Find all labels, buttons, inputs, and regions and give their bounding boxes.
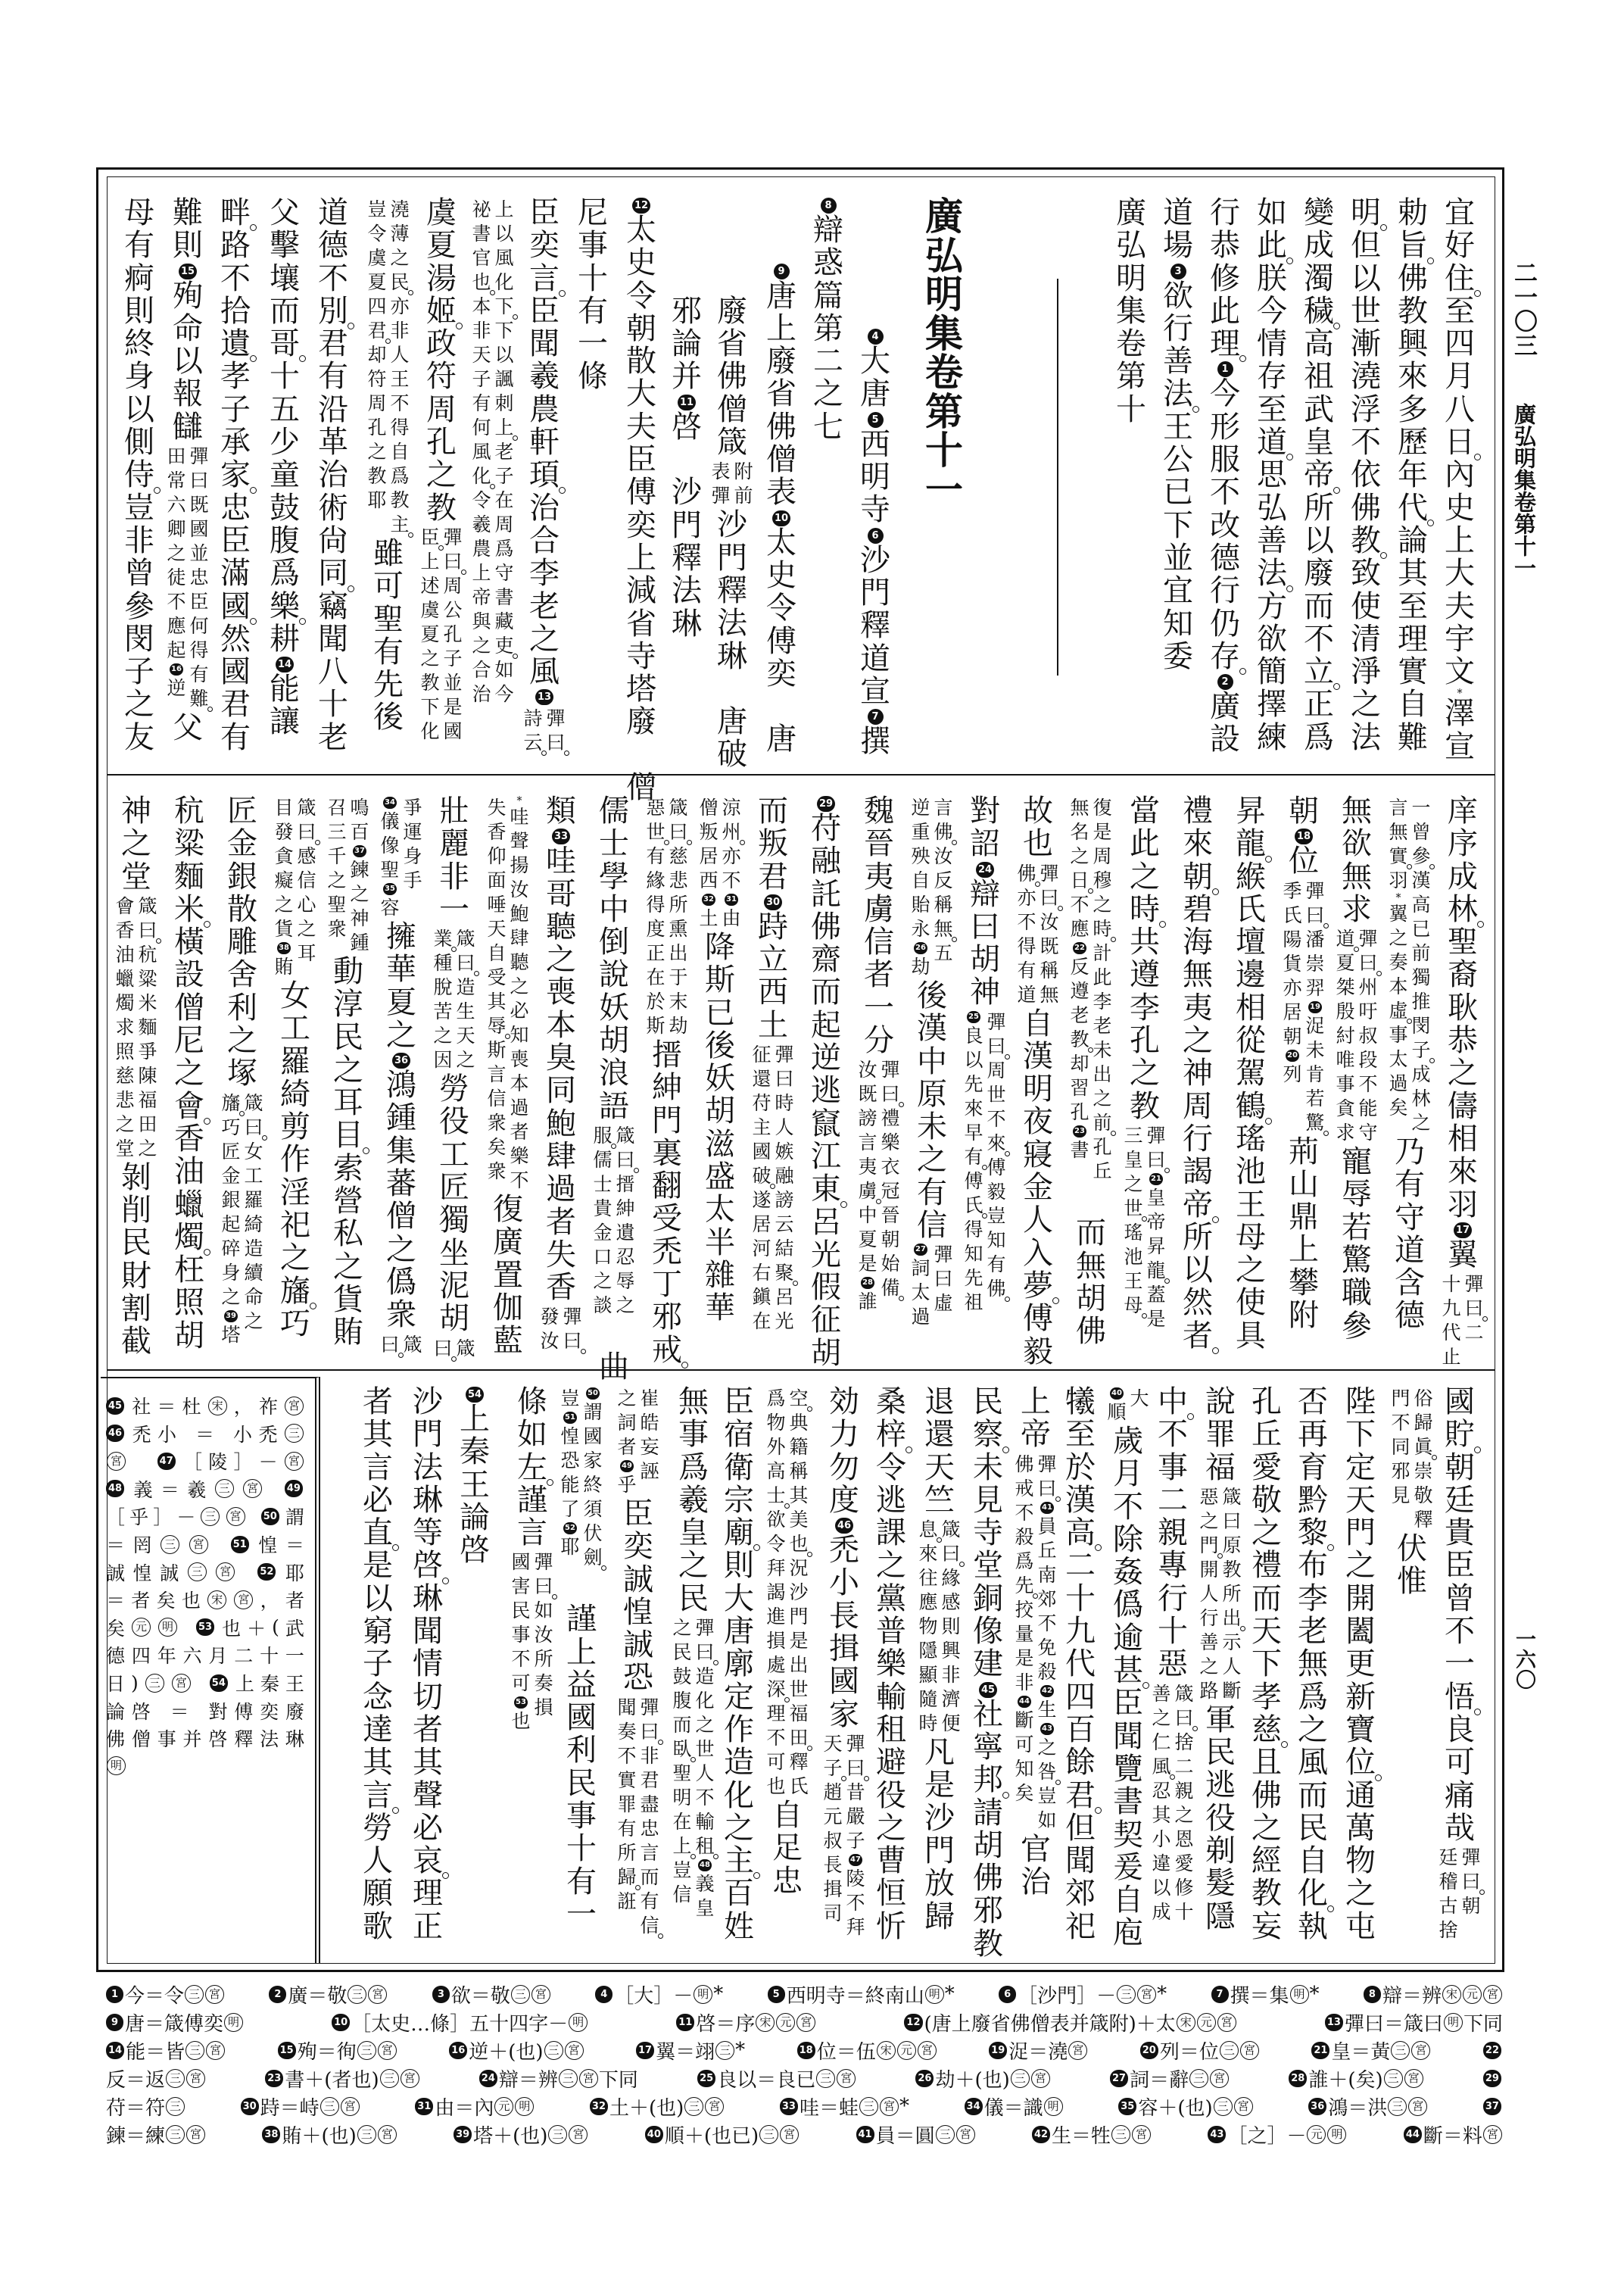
footnote-item: 9唐＝箴傅奕明	[106, 2008, 244, 2036]
footnote-text: 鴻＝洪	[1328, 2093, 1387, 2121]
edition-siglum: 三	[166, 2125, 185, 2144]
note-marker: 2	[269, 1986, 286, 2003]
footnote-text: *	[735, 2039, 745, 2061]
footnote-item: 7撰＝集明*	[1211, 1980, 1320, 2008]
note-marker: 43	[1208, 2126, 1226, 2143]
note-marker: 41	[856, 2126, 874, 2143]
edition-siglum: 三	[1214, 2097, 1233, 2116]
footnote-item: 23書＋(者也)三宮	[265, 2064, 419, 2093]
note-marker: 31	[415, 2098, 433, 2115]
footnote-text: 能＝皆	[126, 2036, 185, 2064]
edition-siglum: 三	[859, 2097, 878, 2116]
footnote-text: ［之］－	[1227, 2121, 1306, 2149]
footnote-item: 10［太史…條］五十四字－明	[332, 2008, 588, 2036]
footnote-line: 苻＝符三30跱＝峙三宮31由＝內元明32土＋(也)三宮33哇＝蛙三宮*34儀＝識…	[106, 2093, 1503, 2120]
note-marker: 26	[915, 2070, 934, 2087]
note-marker: 21	[1311, 2042, 1329, 2059]
footnote-item: 17翼＝翊三*	[636, 2036, 745, 2064]
footnote-line: 反＝返三宮23書＋(者也)三宮24辯＝辨三宮下同25良以＝良已三宮26劫＋(也)…	[106, 2064, 1503, 2092]
edition-siglum: 宮	[1404, 2069, 1423, 2088]
footnote-text: 列＝位	[1160, 2036, 1219, 2064]
edition-siglum: 宮	[1240, 2041, 1259, 2060]
footnote-text: 殉＝徇	[298, 2036, 357, 2064]
footnote-item: 22	[1483, 2042, 1503, 2059]
note-marker: 44	[1404, 2126, 1422, 2143]
note-marker: 28	[1289, 2070, 1307, 2087]
edition-siglum: 宮	[956, 2125, 975, 2144]
footnote-text: ［大］－	[614, 1980, 693, 2008]
note-marker: 30	[241, 2098, 259, 2115]
edition-siglum: 宮	[378, 2125, 397, 2144]
footnote-text: 欲＝敬	[451, 1980, 510, 2008]
note-marker: 11	[676, 2014, 694, 2031]
footnote-text: 浞＝澆	[1008, 2036, 1068, 2064]
edition-siglum: 明	[515, 2097, 534, 2116]
footnote-item: 4［大］－明*	[595, 1980, 723, 2008]
edition-siglum: 明	[694, 1985, 712, 2004]
footnote-text: ［沙門］－	[1018, 1980, 1116, 2008]
edition-siglum: 明	[1290, 1985, 1309, 2004]
note-marker: 34	[965, 2098, 983, 2115]
note-marker: 13	[1325, 2014, 1343, 2031]
note-marker: 38	[262, 2126, 280, 2143]
footnote-text: *	[713, 1983, 723, 2005]
footnote-text: *	[899, 2095, 909, 2118]
footnote-item: 35容＋(也)三宮	[1118, 2093, 1253, 2121]
footnote-item: 18位＝伍宋元宮	[797, 2036, 937, 2064]
edition-siglum: 宋	[756, 2013, 775, 2032]
edition-siglum: 三	[357, 2125, 376, 2144]
footnote-text: 誰＋(矣)	[1308, 2064, 1382, 2093]
footnote-text: *	[945, 1983, 955, 2005]
edition-siglum: 三	[759, 2125, 778, 2144]
footnote-text: 鍊＝練	[106, 2121, 165, 2149]
footnote-item: 25良以＝良已三宮	[697, 2064, 856, 2093]
footnote-text: 下同	[1463, 2008, 1503, 2036]
edition-siglum: 三	[166, 2069, 185, 2088]
edition-siglum: 宮	[1068, 2041, 1087, 2060]
footnote-text: 儀＝識	[984, 2093, 1043, 2121]
edition-siglum: 宮	[205, 1985, 224, 2004]
edition-siglum: 三	[1111, 2125, 1130, 2144]
footnote-item: 34儀＝識明	[965, 2093, 1064, 2121]
edition-siglum: 三	[1011, 2069, 1030, 2088]
footnote-item: 29	[1483, 2070, 1503, 2087]
edition-siglum: 三	[185, 1985, 204, 2004]
edition-siglum: 三	[1391, 2041, 1410, 2060]
footnote-item: 44斷＝料宮	[1404, 2121, 1503, 2149]
footnote-item: 24辯＝辨三宮下同	[479, 2064, 638, 2093]
edition-siglum: 三	[559, 2069, 578, 2088]
edition-siglum: 三	[936, 2125, 955, 2144]
note-marker: 33	[780, 2098, 798, 2115]
edition-siglum: 宮	[1483, 1985, 1502, 2004]
note-marker: 5	[768, 1986, 785, 2003]
note-marker: 37	[1483, 2098, 1501, 2115]
footnote-item: 33哇＝蛙三宮*	[780, 2093, 909, 2121]
note-marker: 19	[989, 2042, 1007, 2059]
footnote-item: 41員＝圓三宮	[856, 2121, 976, 2149]
edition-siglum: 元	[1463, 1985, 1482, 2004]
footnote-item: 39塔＋(也)三宮	[454, 2121, 588, 2149]
footnote-line: 14能＝皆三宮15殉＝徇三宮16逆＋(也)三宮17翼＝翊三*18位＝伍宋元宮19…	[106, 2036, 1503, 2064]
footnote-text: 翼＝翊	[656, 2036, 715, 2064]
edition-siglum: 宮	[1137, 1985, 1156, 2004]
edition-siglum: 宮	[1483, 2125, 1502, 2144]
edition-siglum: 三	[357, 2041, 376, 2060]
footnotes: 1今＝令三宮2廣＝敬三宮3欲＝敬三宮4［大］－明*5西明寺＝終南山明*6［沙門］…	[0, 0, 1624, 2272]
note-marker: 18	[797, 2042, 815, 2059]
edition-siglum: 三	[715, 2041, 734, 2060]
footnote-item: 15殉＝徇三宮	[278, 2036, 397, 2064]
footnote-text: 啓＝序	[696, 2008, 755, 2036]
footnote-item: 14能＝皆三宮	[106, 2036, 226, 2064]
edition-siglum: 宮	[1217, 2013, 1236, 2032]
note-marker: 36	[1308, 2098, 1326, 2115]
edition-siglum: 三	[380, 2069, 399, 2088]
footnote-text: 辯＝辨	[499, 2064, 558, 2093]
edition-siglum: 宋	[1442, 1985, 1461, 2004]
edition-siglum: 明	[1044, 2097, 1063, 2116]
edition-siglum: 三	[816, 2069, 835, 2088]
footnote-item: 3欲＝敬三宮	[432, 1980, 551, 2008]
edition-siglum: 三	[348, 1985, 366, 2004]
edition-siglum: 宮	[186, 2125, 205, 2144]
footnote-item: 16逆＋(也)三宮	[449, 2036, 584, 2064]
edition-siglum: 元	[776, 2013, 795, 2032]
edition-siglum: 宮	[880, 2097, 899, 2116]
footnote-text: 員＝圓	[876, 2121, 935, 2149]
edition-siglum: 宮	[1411, 2041, 1430, 2060]
footnote-text: 劫＋(也)	[935, 2064, 1009, 2093]
edition-siglum: 三	[548, 2125, 567, 2144]
footnote-text: 辯＝辨	[1382, 1980, 1442, 2008]
edition-siglum: 宮	[579, 2069, 598, 2088]
footnote-item: 12(唐上廢省佛僧表并箴附)＋太宋元宮	[904, 2008, 1236, 2036]
edition-siglum: 三	[320, 2097, 339, 2116]
edition-siglum: 宮	[1132, 2125, 1151, 2144]
edition-siglum: 宮	[1234, 2097, 1253, 2116]
edition-siglum: 明	[925, 1985, 944, 2004]
note-marker: 7	[1211, 1986, 1229, 2003]
footnote-text: 彈曰＝箴曰	[1345, 2008, 1443, 2036]
footnote-text: *	[1157, 1983, 1167, 2005]
edition-siglum: 明	[1444, 2013, 1463, 2032]
edition-siglum: 宮	[368, 1985, 387, 2004]
note-marker: 24	[479, 2070, 497, 2087]
edition-siglum: 三	[684, 2097, 703, 2116]
edition-siglum: 宮	[1408, 2097, 1427, 2116]
edition-siglum: 明	[224, 2013, 243, 2032]
footnote-text: 西明寺＝終南山	[787, 1980, 924, 2008]
footnote-line: 9唐＝箴傅奕明10［太史…條］五十四字－明11啓＝序宋元宮12(唐上廢省佛僧表并…	[106, 2008, 1503, 2036]
note-marker: 25	[697, 2070, 715, 2087]
footnote-item: 27詞＝辭三宮	[1110, 2064, 1230, 2093]
note-marker: 9	[106, 2014, 123, 2031]
footnote-text: 賄＋(也)	[282, 2121, 356, 2149]
note-marker: 17	[636, 2042, 654, 2059]
note-marker: 15	[278, 2042, 296, 2059]
note-marker: 40	[645, 2126, 663, 2143]
note-marker: 22	[1483, 2042, 1501, 2059]
footnote-item: 11啓＝序宋元宮	[676, 2008, 816, 2036]
footnote-item: 鍊＝練三宮	[106, 2121, 206, 2149]
footnote-text: 書＋(者也)	[285, 2064, 379, 2093]
footnote-item: 26劫＋(也)三宮	[915, 2064, 1050, 2093]
edition-siglum: 宮	[837, 2069, 856, 2088]
footnote-text: *	[1310, 1983, 1320, 2005]
note-marker: 16	[449, 2042, 467, 2059]
footnote-item: 31由＝內元明	[415, 2093, 535, 2121]
edition-siglum: 宮	[918, 2041, 937, 2060]
edition-siglum: 三	[185, 2041, 204, 2060]
footnote-item: 32土＋(也)三宮	[590, 2093, 725, 2121]
footnote-item: 6［沙門］－三宮*	[999, 1980, 1167, 2008]
edition-siglum: 三	[1388, 2097, 1407, 2116]
edition-siglum: 元	[494, 2097, 513, 2116]
edition-siglum: 宮	[565, 2041, 584, 2060]
note-marker: 6	[999, 1986, 1016, 2003]
footnote-text: 由＝內	[435, 2093, 494, 2121]
footnote-item: 1今＝令三宮	[106, 1980, 225, 2008]
note-marker: 23	[265, 2070, 283, 2087]
note-marker: 8	[1364, 1986, 1381, 2003]
edition-siglum: 宮	[705, 2097, 724, 2116]
footnote-item: 20列＝位三宮	[1140, 2036, 1260, 2064]
footnote-text: 塔＋(也)	[473, 2121, 547, 2149]
edition-siglum: 元	[1307, 2125, 1326, 2144]
footnote-text: 今＝令	[125, 1980, 184, 2008]
edition-siglum: 宮	[531, 1985, 550, 2004]
footnote-text: 苻＝符	[106, 2093, 165, 2121]
footnote-text: 撰＝集	[1230, 1980, 1289, 2008]
footnote-text: 順＋(也已)	[665, 2121, 759, 2149]
footnote-text: 斷＝料	[1423, 2121, 1482, 2149]
edition-siglum: 三	[1189, 2069, 1208, 2088]
footnote-item: 42生＝牲三宮	[1032, 2121, 1152, 2149]
footnote-item: 38賄＋(也)三宮	[262, 2121, 397, 2149]
footnote-text: 良以＝良已	[717, 2064, 815, 2093]
edition-siglum: 三	[1220, 2041, 1239, 2060]
footnote-line: 1今＝令三宮2廣＝敬三宮3欲＝敬三宮4［大］－明*5西明寺＝終南山明*6［沙門］…	[106, 1980, 1503, 2008]
edition-siglum: 明	[1327, 2125, 1346, 2144]
footnote-item: 43［之］－元明	[1208, 2121, 1347, 2149]
edition-siglum: 宮	[206, 2041, 225, 2060]
edition-siglum: 宮	[378, 2041, 397, 2060]
footnote-text: 皇＝黃	[1331, 2036, 1390, 2064]
footnote-item: 21皇＝黃三宮	[1311, 2036, 1431, 2064]
note-marker: 20	[1140, 2042, 1158, 2059]
edition-siglum: 三	[511, 1985, 530, 2004]
edition-siglum: 三	[166, 2097, 185, 2116]
footnote-text: 唐＝箴傅奕	[125, 2008, 223, 2036]
edition-siglum: 元	[897, 2041, 916, 2060]
edition-siglum: 明	[569, 2013, 588, 2032]
footnote-text: 位＝伍	[817, 2036, 876, 2064]
footnote-text: ［太史…條］五十四字－	[351, 2008, 568, 2036]
footnote-item: 苻＝符三	[106, 2093, 185, 2121]
footnote-item: 5西明寺＝終南山明*	[768, 1980, 955, 2008]
footnote-text: 容＋(也)	[1138, 2093, 1212, 2121]
footnote-item: 40順＋(也已)三宮	[645, 2121, 800, 2149]
note-marker: 10	[332, 2014, 350, 2031]
footnote-item: 36鴻＝洪三宮	[1308, 2093, 1428, 2121]
footnote-text: 廣＝敬	[288, 1980, 347, 2008]
footnote-text: 土＋(也)	[609, 2093, 684, 2121]
edition-siglum: 三	[1384, 2069, 1403, 2088]
footnote-text: (唐上廢省佛僧表并箴附)＋太	[924, 2008, 1176, 2036]
note-marker: 12	[904, 2014, 922, 2031]
footnote-text: 下同	[599, 2064, 638, 2093]
edition-siglum: 宮	[569, 2125, 588, 2144]
footnote-item: 8辯＝辨宋元宮	[1364, 1980, 1503, 2008]
footnote-line: 鍊＝練三宮38賄＋(也)三宮39塔＋(也)三宮40順＋(也已)三宮41員＝圓三宮…	[106, 2121, 1503, 2148]
footnote-item: 28誰＋(矣)三宮	[1289, 2064, 1423, 2093]
footnote-item: 30跱＝峙三宮	[241, 2093, 360, 2121]
edition-siglum: 三	[1117, 1985, 1136, 2004]
footnote-text: 詞＝辭	[1130, 2064, 1189, 2093]
footnote-text: 反＝返	[106, 2064, 165, 2093]
note-marker: 4	[595, 1986, 613, 2003]
note-marker: 32	[590, 2098, 608, 2115]
edition-siglum: 宮	[780, 2125, 799, 2144]
edition-siglum: 宋	[1177, 2013, 1195, 2032]
footnote-item: 13彈曰＝箴曰明下同	[1325, 2008, 1503, 2036]
note-marker: 3	[432, 1986, 450, 2003]
edition-siglum: 宮	[796, 2013, 815, 2032]
note-marker: 27	[1110, 2070, 1128, 2087]
edition-siglum: 元	[1197, 2013, 1216, 2032]
footnote-item: 反＝返三宮	[106, 2064, 206, 2093]
note-marker: 35	[1118, 2098, 1136, 2115]
edition-siglum: 宮	[1031, 2069, 1050, 2088]
footnote-text: 生＝牲	[1052, 2121, 1111, 2149]
edition-siglum: 三	[544, 2041, 563, 2060]
footnote-text: 逆＋(也)	[469, 2036, 543, 2064]
footnote-item: 19浞＝澆宮	[989, 2036, 1088, 2064]
edition-siglum: 宮	[401, 2069, 419, 2088]
edition-siglum: 宮	[1210, 2069, 1229, 2088]
footnote-item: 37	[1483, 2098, 1503, 2115]
note-marker: 14	[106, 2042, 124, 2059]
footnote-item: 2廣＝敬三宮	[269, 1980, 388, 2008]
edition-siglum: 宋	[877, 2041, 896, 2060]
note-marker: 39	[454, 2126, 472, 2143]
edition-siglum: 宮	[186, 2069, 205, 2088]
footnote-text: 哇＝蛙	[800, 2093, 859, 2121]
note-marker: 29	[1483, 2070, 1501, 2087]
note-marker: 1	[106, 1986, 123, 2003]
note-marker: 42	[1032, 2126, 1050, 2143]
edition-siglum: 宮	[341, 2097, 360, 2116]
footnote-text: 跱＝峙	[260, 2093, 320, 2121]
